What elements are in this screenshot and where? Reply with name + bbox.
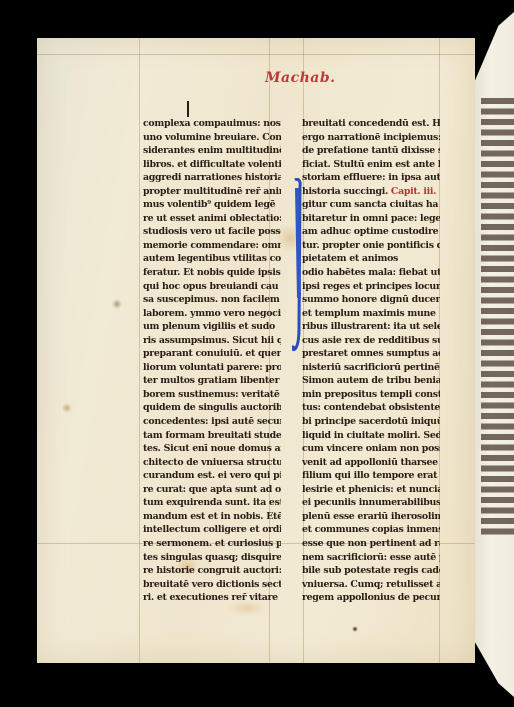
ascender-stroke: [187, 101, 189, 117]
text-line: curandum est. ei vero qui pinge: [143, 469, 281, 483]
text-line: sa suscepimus. non facilem: [143, 293, 281, 307]
text-line: bi principe sacerdotū iniquū a: [302, 415, 440, 429]
text-line: lesirie et phenicis: et nunciauit: [302, 483, 440, 497]
manuscript-page: Machab. complexa compauimus: nosuno volu…: [37, 38, 475, 663]
text-line: esse que non pertinent ad ratio: [302, 537, 440, 551]
text-line: ter multos gratiam libenter la: [143, 374, 281, 388]
text-line: Simon autem de tribu benia: [302, 374, 440, 388]
text-line: borem sustinemus: veritatē: [143, 388, 281, 402]
text-line: chitecto de vniuersa structura: [143, 456, 281, 470]
text-line: plenū esse erariū iherosolimis.: [302, 510, 440, 524]
text-line: filium qui illo tempore erat dux ce: [302, 469, 440, 483]
text-line: min prepositus templi constitu: [302, 388, 440, 402]
text-line: tus: contendebat obsistente si: [302, 401, 440, 415]
text-line: storiam effluere: in ipsa autem: [302, 171, 440, 185]
text-line: nisteriū sacrificiorū pertinētes.: [302, 361, 440, 375]
text-line: memorie commendare: omnib⁹: [143, 239, 281, 253]
text-line: gitur cum sancta ciuitas ha: [302, 198, 440, 212]
text-line: propter multitudinē rer̄ animu: [143, 185, 281, 199]
text-line: historia succingi. Capit. iii.: [302, 185, 440, 199]
text-line: autem legentibus vtilitas con: [143, 252, 281, 266]
text-line: ribus illustrarent: ita ut seleu: [302, 320, 440, 334]
text-line: re curat: que apta sunt ad orna: [143, 483, 281, 497]
text-line: libros. et difficultate volentib⁹: [143, 158, 281, 172]
text-line: uno volumine breuiare. Con: [143, 131, 281, 145]
running-head: Machab.: [265, 70, 336, 86]
text-line: re ut esset animi oblectatio:: [143, 212, 281, 226]
text-line: liorum voluntati parere: prop: [143, 361, 281, 375]
text-line: mandum est et in nobis. Etē: [143, 510, 281, 524]
text-line: pietatem et animos: [302, 252, 440, 266]
text-line: ergo narrationē incipiemus:: [302, 131, 440, 145]
text-line: tum exquirenda sunt. ita esti: [143, 496, 281, 510]
text-line: et templum maximis mune: [302, 307, 440, 321]
text-column-left: complexa compauimus: nosuno volumine bre…: [143, 117, 281, 605]
text-line: siderantes enim multitudinē: [143, 144, 281, 158]
text-column-right: breuitati concedendū est. Hincergo narra…: [302, 117, 440, 605]
text-line: laborem. ymmo vero negociu: [143, 307, 281, 321]
text-line: nem sacrificiorū: esse autē possi: [302, 551, 440, 565]
text-line: preparant conuiuiū. et querūt a: [143, 347, 281, 361]
text-line: am adhuc optime custodire: [302, 225, 440, 239]
text-line: concedentes: ipsi autē secun da: [143, 415, 281, 429]
text-line: ris assumpsimus. Sicut hii q: [143, 334, 281, 348]
text-line: qui hoc opus breuiandi cau: [143, 280, 281, 294]
text-line: ficiat. Stultū enim est ante hi: [302, 158, 440, 172]
text-line: tes. Sicut enī noue domus ar: [143, 442, 281, 456]
text-line: bile sub potestate regis cadere: [302, 564, 440, 578]
text-line: feratur. Et nobis quide ipsis: [143, 266, 281, 280]
text-line: breuitatē vero dictionis secta: [143, 578, 281, 592]
text-line: mus volentib⁹ quidem legē: [143, 198, 281, 212]
text-line: cum vincere oniam non posset:: [302, 442, 440, 456]
blue-initial-letter-icon: [292, 178, 304, 354]
text-line: um plenum vigiliis et sudo: [143, 320, 281, 334]
text-line: de prefatione tantū dixisse suf: [302, 144, 440, 158]
text-line: quidem de singulis auctorib⁹: [143, 401, 281, 415]
text-line: aggredi narrationes historiar̄: [143, 171, 281, 185]
text-line: odio habētes mala: fiebat ut et: [302, 266, 440, 280]
text-line: ri. et executiones rer̄ vitare: [143, 591, 281, 605]
text-line: breuitati concedendū est. Hinc: [302, 117, 440, 131]
text-line: studiosis vero ut facile possēt: [143, 225, 281, 239]
text-line: cus asie rex de redditibus suis: [302, 334, 440, 348]
text-line: regem appollonius de pecuniis: [302, 591, 440, 605]
ruling-line: [37, 54, 475, 55]
text-line: liquid in ciuitate moliri. Sed: [302, 429, 440, 443]
text-line: tam formam breuitati studen: [143, 429, 281, 443]
ruling-line: [139, 38, 140, 663]
facing-page-text: [481, 98, 514, 538]
text-line: prestaret omnes sumptus ad mi: [302, 347, 440, 361]
text-line: venit ad appolloniū tharsee: [302, 456, 440, 470]
text-line: complexa compauimus: nos: [143, 117, 281, 131]
chapter-rubric: Capit. iii.: [391, 186, 436, 197]
text-line: bitaretur in omni pace: leges eti: [302, 212, 440, 226]
text-line: re historie congruit auctori:: [143, 564, 281, 578]
text-line: re sermonem. et curiosius p: [143, 537, 281, 551]
text-line: vniuersa. Cumq; retulisset ad: [302, 578, 440, 592]
text-line: ei pecuniis innumerabilibus: [302, 496, 440, 510]
text-line: et communes copias inmensas: [302, 523, 440, 537]
text-line: tes singulas quasq; disquire: [143, 551, 281, 565]
text-line: intellectum colligere et ordina: [143, 523, 281, 537]
text-line: ipsi reges et principes locum: [302, 280, 440, 294]
text-line: summo honore dignū ducerē: [302, 293, 440, 307]
text-line: tur. propter onie pontificis dui: [302, 239, 440, 253]
